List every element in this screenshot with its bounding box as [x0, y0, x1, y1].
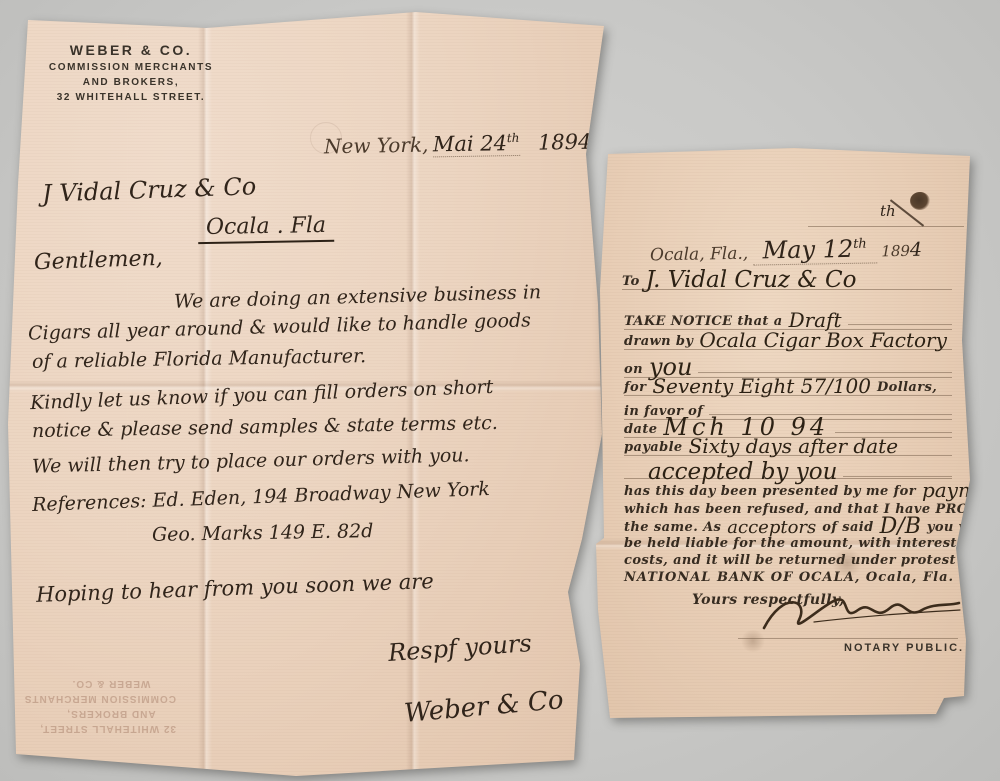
accepted-value: accepted by you — [648, 466, 837, 480]
references-line: References: Ed. Eden, 194 Broadway New Y… — [32, 478, 490, 516]
dollars-label: Dollars, — [877, 380, 937, 395]
for-label: for — [624, 380, 646, 395]
recipient-city: Ocala . Fla — [198, 213, 335, 244]
drawn-by-value: Ocala Cigar Box Factory — [699, 334, 947, 346]
letterhead: WEBER & CO. COMMISSION MERCHANTS AND BRO… — [46, 42, 216, 103]
to-line: To J. Vidal Cruz & Co — [622, 272, 952, 290]
liable-line: be held liable for the amount, with inte… — [624, 536, 1000, 551]
protest-notice-paper: th Ocala, Fla., May 12th 1894 To J. Vida… — [594, 140, 976, 728]
drawn-by-line: drawn by Ocala Cigar Box Factory — [624, 332, 952, 350]
drawn-by-label: drawn by — [624, 334, 693, 349]
body-line: notice & please send samples & state ter… — [32, 412, 498, 442]
letterhead-line3: AND BROKERS, — [46, 77, 216, 88]
same-printed: you will — [927, 520, 986, 535]
costs-line: costs, and it will be returned under pro… — [624, 553, 1000, 568]
dateline-place: Ocala, Fla., — [650, 244, 748, 266]
blank-rule — [808, 226, 964, 227]
bleedthrough-line: AND BROKERS, — [46, 706, 176, 721]
bleedthrough-letterhead: 32 WHITEHALL STREET, AND BROKERS, COMMIS… — [46, 676, 176, 736]
salutation: Gentlemen, — [34, 246, 163, 275]
letterhead-line2: COMMISSION MERCHANTS — [46, 62, 216, 73]
amount-value: Seventy Eight 57/100 — [652, 380, 871, 392]
bleedthrough-line: COMMISSION MERCHANTS — [46, 691, 176, 706]
protest-notice: th Ocala, Fla., May 12th 1894 To J. Vida… — [594, 140, 976, 728]
dateline-place: New York, — [324, 133, 429, 159]
letterhead-company: WEBER & CO. — [46, 42, 216, 58]
dateline-year: 1894 — [538, 130, 592, 155]
date-label: date — [624, 422, 657, 437]
refused-line: which has been refused, and that I have … — [624, 502, 1000, 517]
corner-superscript: th — [880, 202, 896, 220]
sender-signature: Weber & Co — [403, 685, 565, 729]
same-printed: of said — [822, 520, 873, 535]
dateline-year-printed: 189 — [881, 242, 910, 260]
acceptors-value: acceptors — [727, 523, 816, 534]
body-line: We are doing an extensive business in — [174, 281, 542, 313]
body-line: Hoping to hear from you soon we are — [36, 569, 434, 607]
signature-rule — [738, 638, 958, 639]
on-label: on — [624, 362, 643, 377]
accepted-line: accepted by you — [624, 460, 952, 479]
weber-letter-paper: WEBER & CO. COMMISSION MERCHANTS AND BRO… — [6, 4, 606, 778]
presented-label: has this day been presented by me for — [624, 484, 916, 499]
draft-abbrev-value: D/B — [880, 520, 921, 533]
photo-background: WEBER & CO. COMMISSION MERCHANTS AND BRO… — [0, 0, 1000, 781]
dateline-year-written: 4 — [910, 239, 922, 261]
payable-value: Sixty days after date — [689, 440, 898, 452]
body-line: of a reliable Florida Manufacturer. — [32, 345, 366, 373]
notary-signature — [754, 570, 964, 640]
for-line: for Seventy Eight 57/100 Dollars, — [624, 378, 952, 396]
date-value: Mch 10 94 — [663, 420, 829, 434]
presented-value: payment — [922, 484, 1000, 496]
blank-rule — [698, 356, 952, 373]
blank-rule — [835, 416, 952, 433]
same-printed: the same. As — [624, 520, 721, 535]
body-line: We will then try to place our orders wit… — [32, 444, 470, 477]
payable-line: payable Sixty days after date — [624, 438, 952, 456]
weber-letter: WEBER & CO. COMMISSION MERCHANTS AND BRO… — [6, 4, 606, 778]
take-notice-label: TAKE NOTICE that a — [624, 314, 783, 329]
bleedthrough-line: 32 WHITEHALL STREET, — [46, 721, 176, 736]
bleedthrough-line: WEBER & CO. — [46, 676, 176, 691]
take-notice-line: TAKE NOTICE that a Draft — [624, 308, 952, 330]
to-label: To — [622, 274, 640, 289]
dateline-date: May 12th — [752, 234, 877, 265]
presented-line: has this day been presented by me for pa… — [624, 482, 952, 499]
take-notice-value: Draft — [789, 314, 842, 326]
body-line: Cigars all year around & would like to h… — [28, 309, 531, 344]
to-value: J. Vidal Cruz & Co — [646, 274, 857, 288]
payable-label: payable — [624, 440, 683, 455]
on-value: you — [649, 360, 692, 374]
same-line: the same. As acceptors of said D/B you w… — [624, 518, 952, 535]
letterhead-line4: 32 WHITEHALL STREET. — [46, 92, 216, 103]
ink-blot — [910, 192, 930, 210]
recipient-name: J Vidal Cruz & Co — [42, 172, 257, 207]
letter-dateline: New York, Mai 24th 1894 — [324, 130, 592, 159]
blank-rule — [843, 460, 952, 477]
references-line: Geo. Marks 149 E. 82d — [152, 520, 374, 546]
dateline-date: Mai 24th — [433, 131, 520, 158]
blank-rule — [848, 308, 952, 325]
notary-label: NOTARY PUBLIC. — [844, 642, 964, 654]
notice-dateline: Ocala, Fla., May 12th 1894 — [650, 234, 922, 267]
